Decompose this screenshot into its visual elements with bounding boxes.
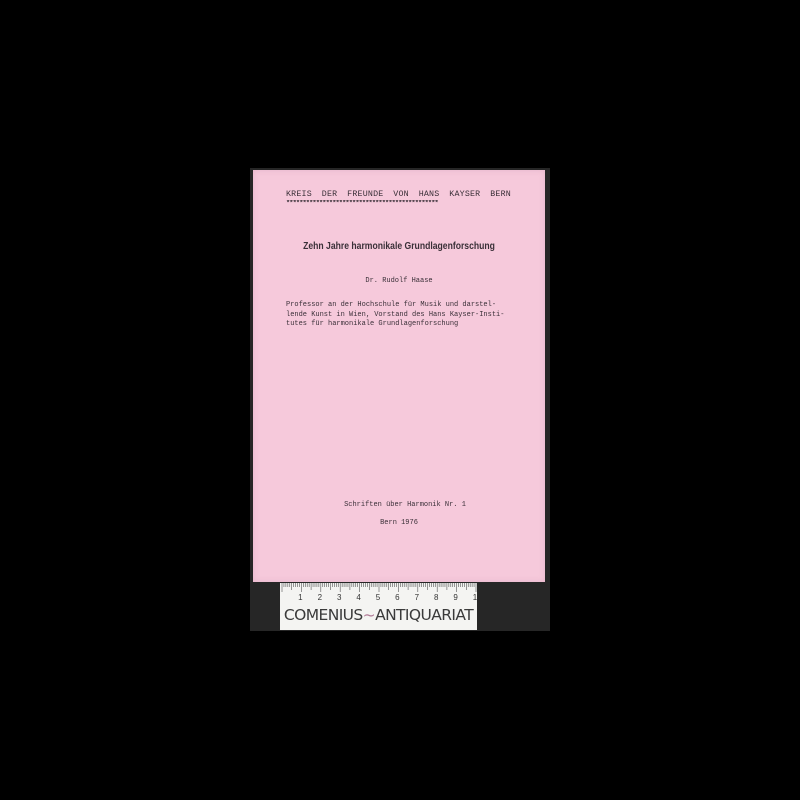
ruler-number: 7 xyxy=(415,593,419,602)
header-word: KREIS xyxy=(286,190,312,199)
author-name: Dr. Rudolf Haase xyxy=(253,277,545,285)
ruler-numbers: 1234567891 xyxy=(280,593,477,603)
ruler-number: 6 xyxy=(395,593,399,602)
brand-right: ANTIQUARIAT xyxy=(375,606,473,624)
publisher-header: KREIS DER FREUNDE VON HANS KAYSER BERN xyxy=(286,190,511,199)
brand-logo: COMENIUS~ANTIQUARIAT xyxy=(280,606,477,624)
ruler-number: 9 xyxy=(453,593,457,602)
booklet-cover: KREIS DER FREUNDE VON HANS KAYSER BERN *… xyxy=(253,170,545,582)
place-year: Bern 1976 xyxy=(253,519,545,527)
ruler-number: 1 xyxy=(473,593,477,602)
ruler-ticks xyxy=(280,583,477,593)
brand-separator-icon: ~ xyxy=(363,606,375,624)
document-title: Zehn Jahre harmonikale Grundlagenforschu… xyxy=(279,240,518,252)
header-word: DER xyxy=(322,190,338,199)
ruler-number: 3 xyxy=(337,593,341,602)
ruler-number: 1 xyxy=(298,593,302,602)
ruler-number: 5 xyxy=(376,593,380,602)
header-word: KAYSER xyxy=(449,190,480,199)
ruler-number: 2 xyxy=(318,593,322,602)
ruler-number: 4 xyxy=(356,593,360,602)
asterisk-separator: ****************************************… xyxy=(286,200,511,208)
author-affiliation: Professor an der Hochschule für Musik un… xyxy=(286,301,536,330)
brand-left: COMENIUS xyxy=(284,606,363,624)
ruler-number: 8 xyxy=(434,593,438,602)
header-word: FREUNDE xyxy=(347,190,383,199)
header-word: VON xyxy=(393,190,409,199)
scale-ruler: 1234567891 COMENIUS~ANTIQUARIAT xyxy=(280,583,477,630)
header-word: BERN xyxy=(490,190,511,199)
series-line: Schriften über Harmonik Nr. 1 xyxy=(253,501,545,509)
header-word: HANS xyxy=(419,190,440,199)
